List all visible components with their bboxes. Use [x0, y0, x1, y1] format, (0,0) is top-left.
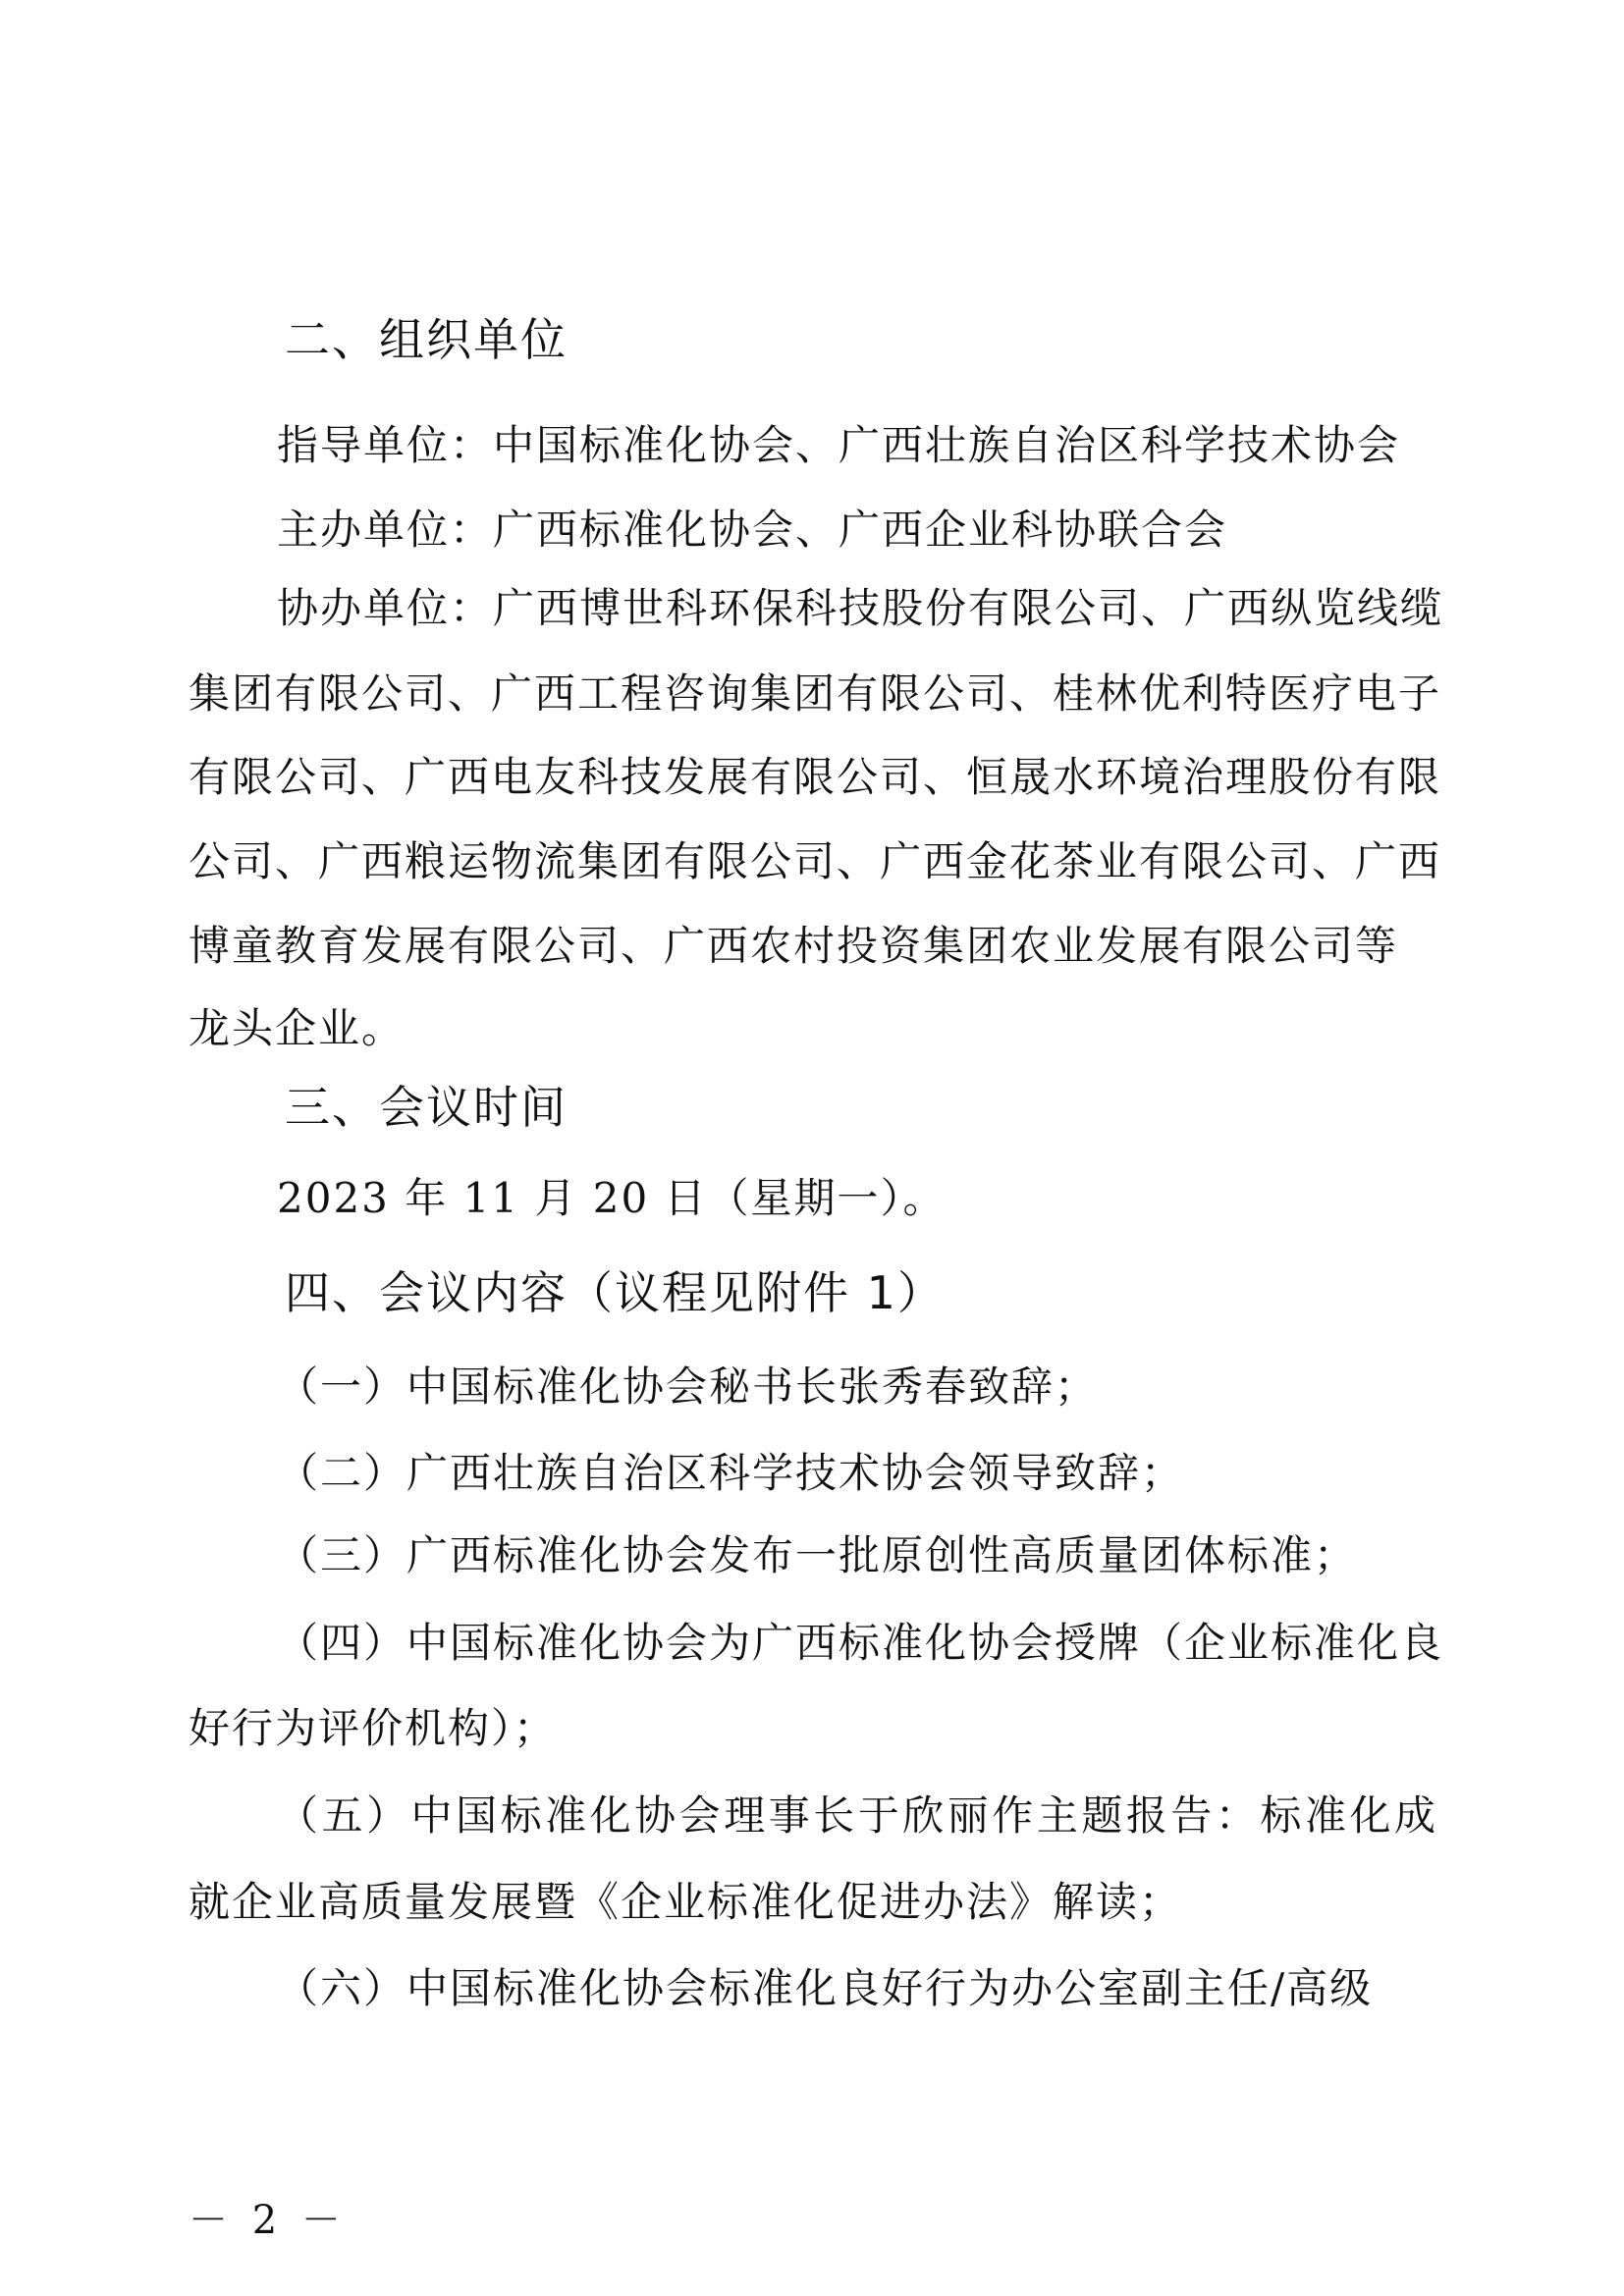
page-number: － 2 －	[189, 2191, 347, 2250]
agenda-item: （六）中国标准化协会标准化良好行为办公室副主任/高级	[277, 1959, 1437, 2018]
meeting-date: 2023 年 11 月 20 日（星期一）。	[277, 1169, 1526, 1228]
guide-unit: 指导单位：中国标准化协会、广西壮族自治区科学技术协会	[277, 416, 1437, 475]
heading-organizers: 二、组织单位	[285, 310, 568, 369]
agenda-item-cont: 好行为评价机构）；	[189, 1699, 1437, 1758]
agenda-item: （三）广西标准化协会发布一批原创性高质量团体标准；	[277, 1526, 1437, 1585]
agenda-item: （五）中国标准化协会理事长于欣丽作主题报告：标准化成	[277, 1787, 1437, 1845]
host-unit: 主办单位：广西标准化协会、广西企业科协联合会	[277, 501, 1437, 560]
co-unit-line: 集团有限公司、广西工程咨询集团有限公司、桂林优利特医疗电子	[189, 665, 1437, 723]
co-unit-line: 有限公司、广西电友科技发展有限公司、恒晟水环境治理股份有限	[189, 748, 1437, 807]
agenda-item: （二）广西壮族自治区科学技术协会领导致辞；	[277, 1444, 1437, 1503]
heading-meeting-content: 四、会议内容（议程见附件 1）	[285, 1263, 945, 1322]
heading-meeting-time: 三、会议时间	[285, 1078, 568, 1137]
co-unit-line: 博童教育发展有限公司、广西农村投资集团农业发展有限公司等	[189, 917, 1437, 976]
co-unit-line: 龙头企业。	[189, 999, 1437, 1058]
co-unit-line: 协办单位：广西博世科环保科技股份有限公司、广西纵览线缆	[277, 579, 1437, 638]
agenda-item: （四）中国标准化协会为广西标准化协会授牌（企业标准化良	[277, 1614, 1437, 1673]
agenda-item-cont: 就企业高质量发展暨《企业标准化促进办法》解读；	[189, 1873, 1437, 1932]
agenda-item: （一）中国标准化协会秘书长张秀春致辞；	[277, 1358, 1437, 1416]
co-unit-line: 公司、广西粮运物流集团有限公司、广西金花茶业有限公司、广西	[189, 832, 1437, 891]
